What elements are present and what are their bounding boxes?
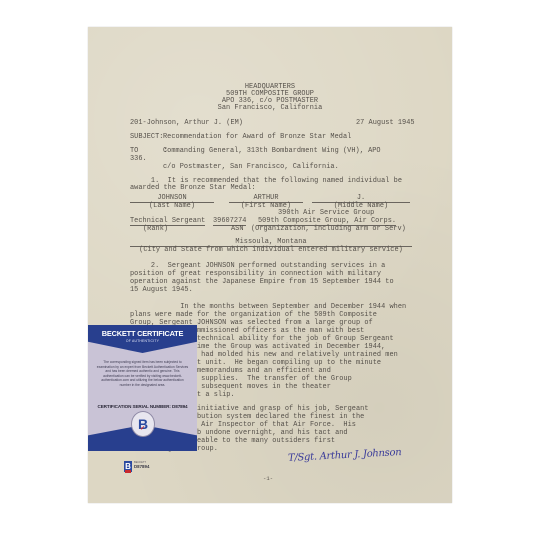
asn-label: ASN xyxy=(231,225,244,233)
unit-line: 390th Air Service Group xyxy=(278,209,374,217)
subject-text: Recommendation for Award of Bronze Star … xyxy=(163,133,351,141)
paragraph-2: 2. Sergeant JOHNSON performed outstandin… xyxy=(130,262,385,270)
rank-label: (Rank) xyxy=(143,225,168,233)
certificate-subtitle: OF AUTHENTICITY xyxy=(88,339,197,343)
subject-label: SUBJECT: xyxy=(130,133,163,141)
beckett-b-logo-icon: B xyxy=(124,461,132,472)
last-name-label: (Last Name) xyxy=(130,202,214,210)
paragraph-2: 15 August 1945. xyxy=(130,286,193,294)
paragraph-2: position of great responsibility in conn… xyxy=(130,270,381,278)
file-reference: 201-Johnson, Arthur J. (EM) xyxy=(130,119,243,127)
serial-number: D87894 xyxy=(172,404,188,409)
serial-label: CERTIFICATION SERIAL NUMBER: xyxy=(97,404,170,409)
paragraph-3: In the months between September and Dece… xyxy=(130,303,406,311)
to-line: Commanding General, 313th Bombardment Wi… xyxy=(163,147,381,155)
to-line: 336. xyxy=(130,155,147,163)
to-line: c/o Postmaster, San Francisco, Californi… xyxy=(163,163,339,171)
authenticity-certificate-sticker: BECKETT CERTIFICATE OF AUTHENTICITY The … xyxy=(88,325,197,451)
beckett-logo-icon: B xyxy=(131,411,155,437)
letter-date: 27 August 1945 xyxy=(356,119,415,127)
paragraph-1: awarded the Bronze Star Medal: xyxy=(130,184,256,192)
checkmark-icon: ✔ xyxy=(140,425,145,432)
hologram-serial: D87894 xyxy=(134,464,149,469)
page-number: -1- xyxy=(263,475,273,483)
city-state-label: (City and State from which individual en… xyxy=(130,246,412,254)
certificate-serial: CERTIFICATION SERIAL NUMBER: D87894 xyxy=(88,404,197,409)
certificate-body-text: The corresponding signed item has been s… xyxy=(96,360,189,388)
organization-label: (Organization, including arm or Serv) xyxy=(251,225,406,233)
paragraph-2: operation against the Japanese Empire fr… xyxy=(130,278,394,286)
certificate-title: BECKETT CERTIFICATE xyxy=(88,329,197,338)
paragraph-3: plans were made for the organization of … xyxy=(130,311,377,319)
hologram-sticker: B BECKETT D87894 xyxy=(124,461,160,473)
letterhead-line: San Francisco, California xyxy=(88,104,452,112)
